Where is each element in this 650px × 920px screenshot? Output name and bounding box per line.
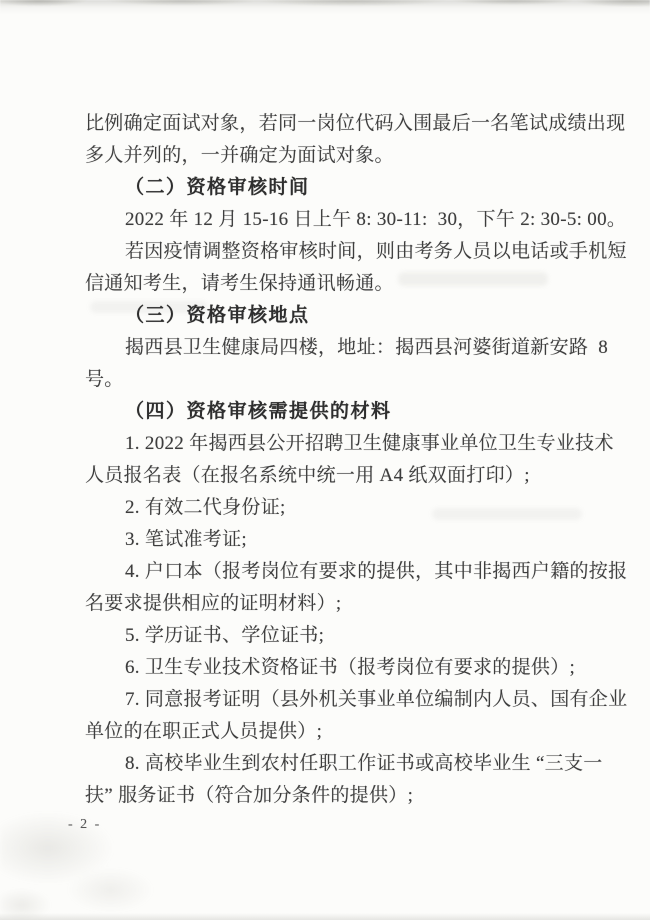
text-line: 揭西县卫生健康局四楼，地址：揭西县河婆街道新安路 8 — [85, 332, 633, 364]
text-line: 人员报名表（在报名系统中统一用 A4 纸双面打印）; — [85, 460, 633, 492]
text-line: 2022 年 12 月 15-16 日上午 8: 30-11: 30，下午 2:… — [85, 204, 633, 236]
section-heading: （四）资格审核需提供的材料 — [85, 396, 633, 428]
section-heading: （二）资格审核时间 — [85, 172, 633, 204]
text-line: 1. 2022 年揭西县公开招聘卫生健康事业单位卫生专业技术 — [85, 428, 633, 460]
document-page: 比例确定面试对象，若同一岗位代码入围最后一名笔试成绩出现多人并列的，一并确定为面… — [0, 0, 650, 920]
text-line: 4. 户口本（报考岗位有要求的提供，其中非揭西户籍的按报 — [85, 556, 633, 588]
scan-artifact-top-edge — [0, 0, 650, 14]
text-line: 信通知考生，请考生保持通讯畅通。 — [85, 268, 633, 300]
text-line: 多人并列的，一并确定为面试对象。 — [85, 140, 633, 172]
text-line: 比例确定面试对象，若同一岗位代码入围最后一名笔试成绩出现 — [85, 108, 633, 140]
text-line: 2. 有效二代身份证; — [85, 492, 633, 524]
document-body: 比例确定面试对象，若同一岗位代码入围最后一名笔试成绩出现多人并列的，一并确定为面… — [85, 108, 633, 812]
section-heading: （三）资格审核地点 — [85, 300, 633, 332]
page-number: - 2 - — [68, 816, 101, 834]
text-line: 7. 同意报考证明（县外机关事业单位编制内人员、国有企业 — [85, 684, 633, 716]
text-line: 若因疫情调整资格审核时间，则由考务人员以电话或手机短 — [85, 236, 633, 268]
text-line: 号。 — [85, 364, 633, 396]
text-line: 扶” 服务证书（符合加分条件的提供）; — [85, 780, 633, 812]
text-line: 8. 高校毕业生到农村任职工作证书或高校毕业生 “三支一 — [85, 748, 633, 780]
scan-artifact-bottom-edge — [0, 913, 650, 920]
text-line: 5. 学历证书、学位证书; — [85, 620, 633, 652]
text-line: 6. 卫生专业技术资格证书（报考岗位有要求的提供）; — [85, 652, 633, 684]
text-line: 名要求提供相应的证明材料）; — [85, 588, 633, 620]
text-line: 单位的在职正式人员提供）; — [85, 716, 633, 748]
text-line: 3. 笔试准考证; — [85, 524, 633, 556]
